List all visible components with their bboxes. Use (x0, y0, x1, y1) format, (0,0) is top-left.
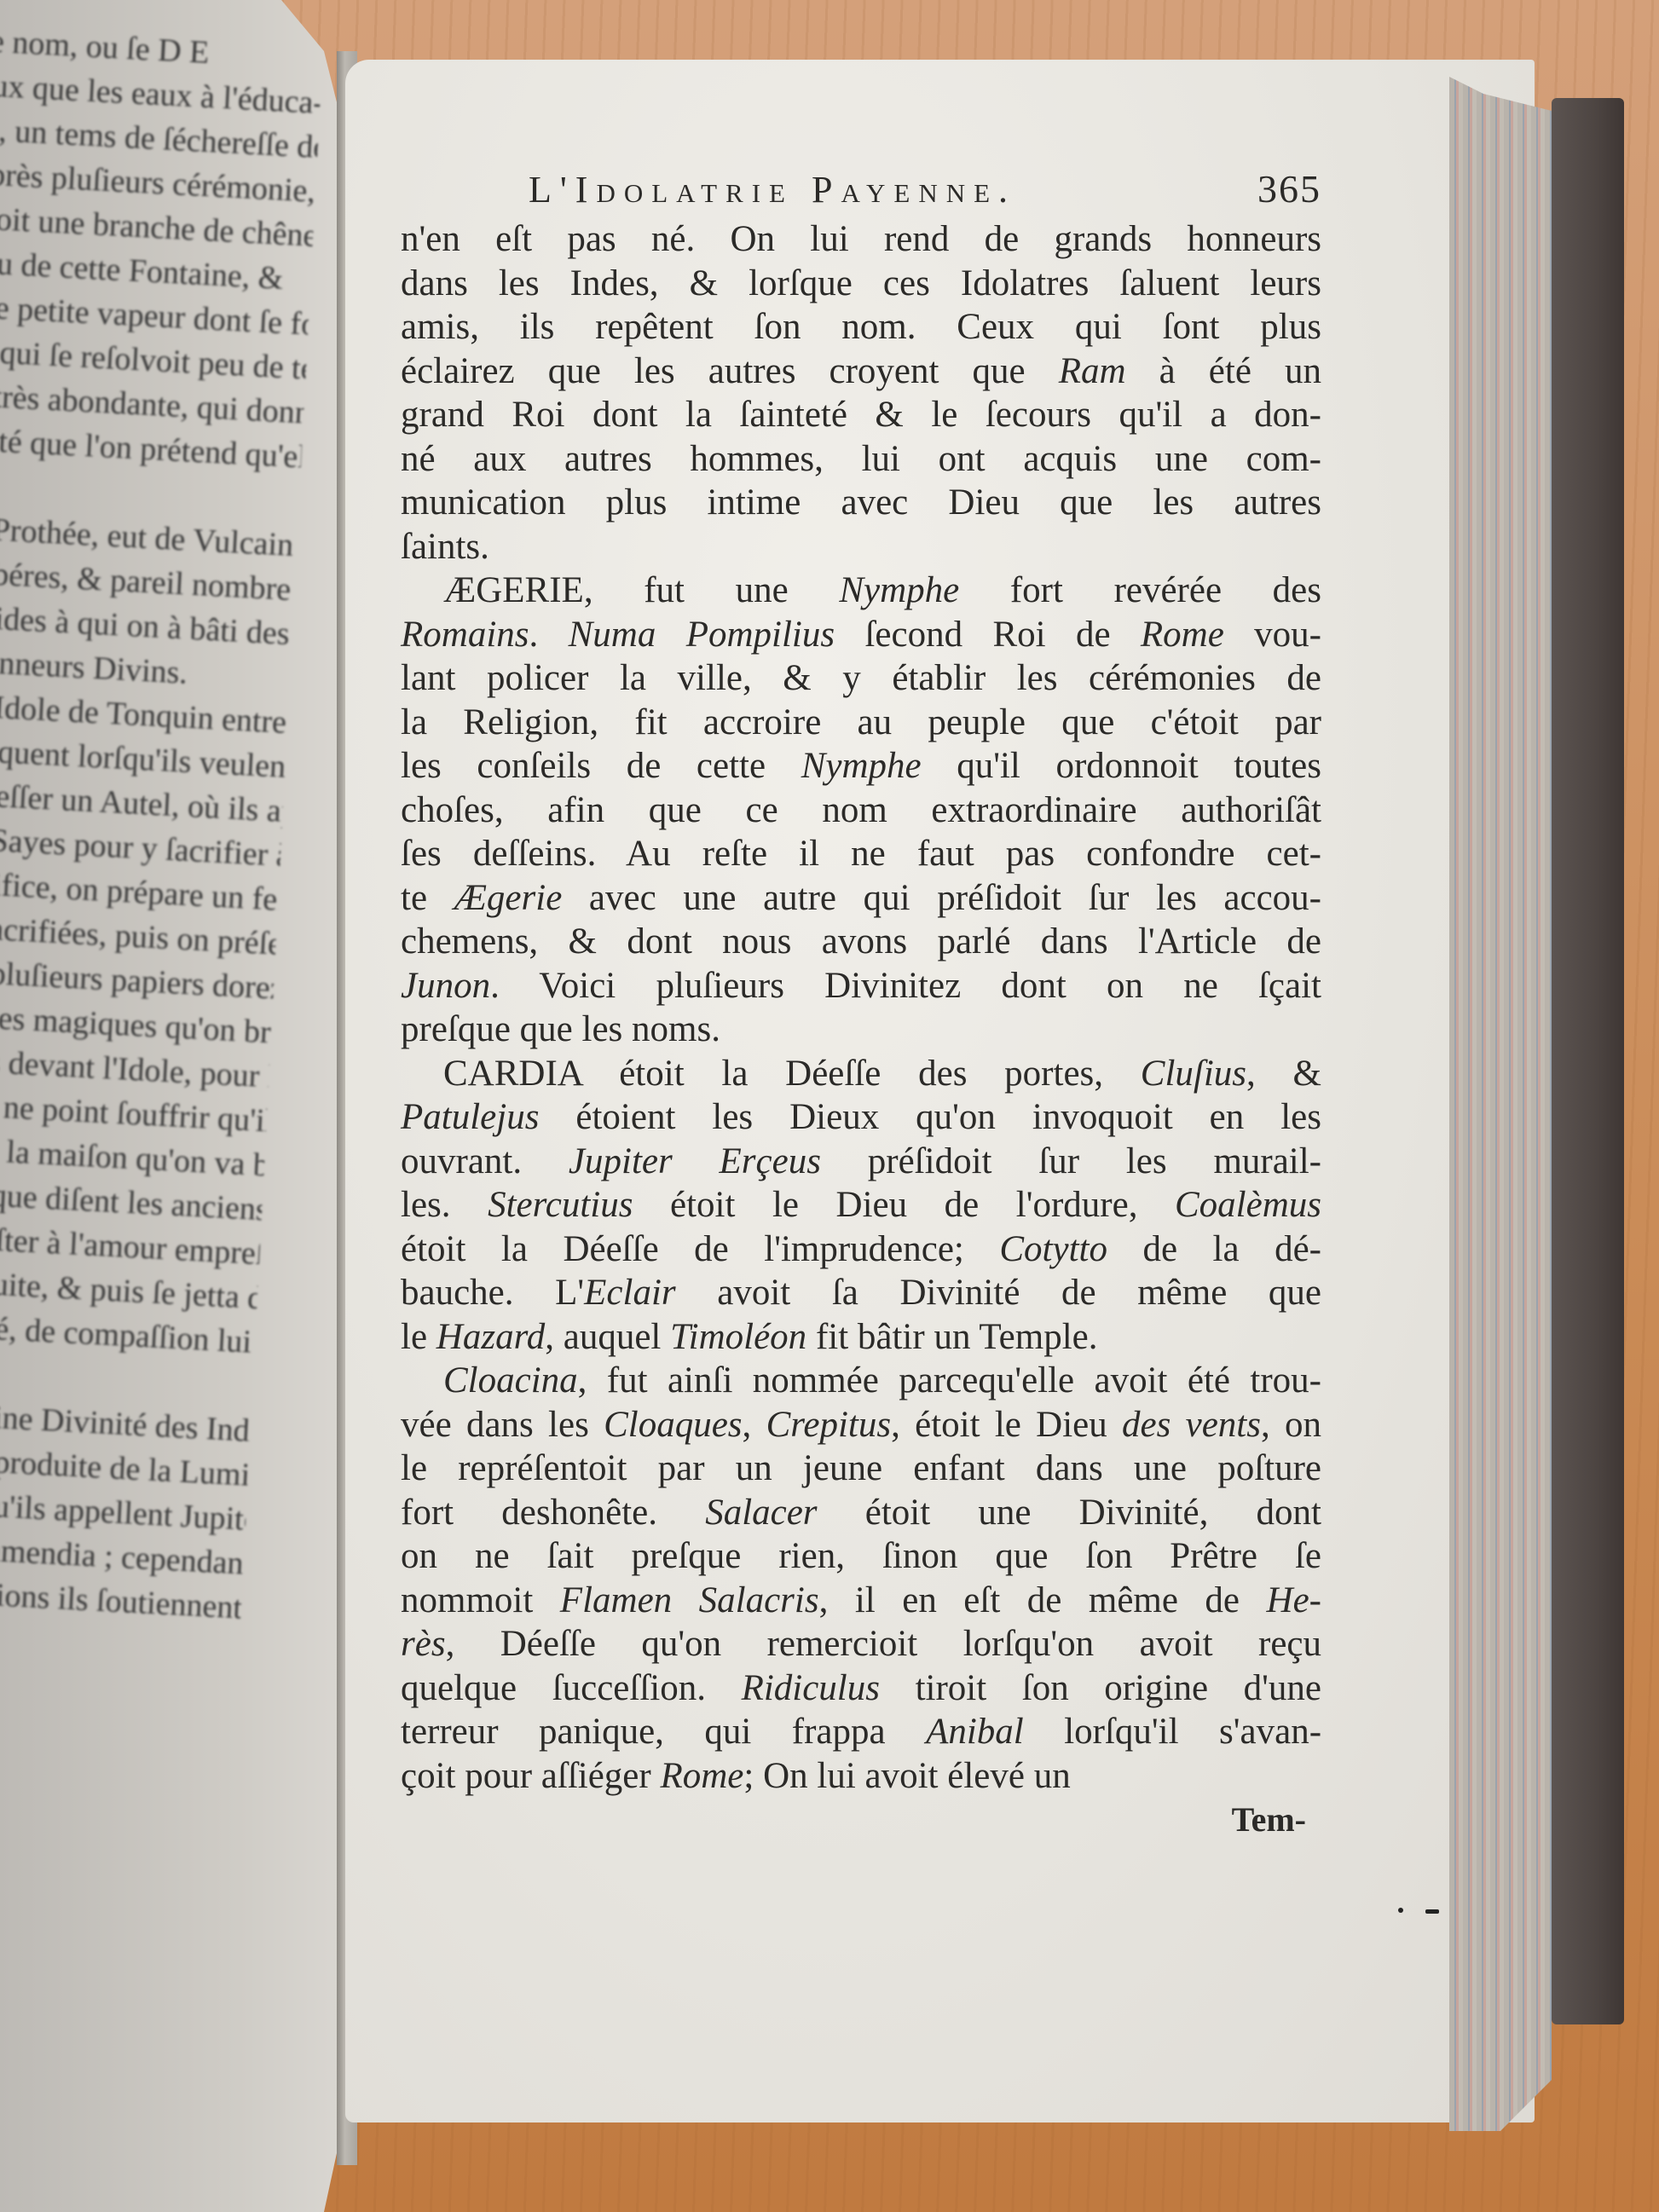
text-line: les. Stercutius étoit le Dieu de l'ordur… (401, 1183, 1321, 1227)
text-line: chemens, & dont nous avons parlé dans l'… (401, 920, 1321, 964)
text-line: le repréſentoit par un jeune enfant dans… (401, 1447, 1321, 1491)
text-line: amis, ils repêtent ſon nom. Ceux qui ſon… (401, 305, 1321, 349)
text-line: choſes, afin que ce nom extraordinaire a… (401, 788, 1321, 833)
running-head: L'Idolatrie Payenne. 365 (529, 166, 1321, 217)
text-line: ÆGERIE, fut une Nymphe fort revérée des (401, 569, 1321, 613)
text-line: ſes deſſeins. Au reſte il ne faut pas co… (401, 832, 1321, 876)
text-line: bauche. L'Eclair avoit ſa Divinité de mê… (401, 1271, 1321, 1315)
text-line: Romains. Numa Pompilius ſecond Roi de Ro… (401, 613, 1321, 657)
text-line: dans les Indes, & lorſque ces Idolatres … (401, 262, 1321, 306)
text-line: çoit pour aſſiéger Rome; On lui avoit él… (401, 1754, 1321, 1799)
right-page-text-block: L'Idolatrie Payenne. 365 n'en eſt pas né… (401, 166, 1321, 1839)
text-line: lant policer la ville, & y établir les c… (401, 656, 1321, 701)
text-line: quelque ſucceſſion. Ridiculus tiroit ſon… (401, 1666, 1321, 1711)
page-number: 365 (1257, 166, 1321, 211)
paragraph-cardia: CARDIA étoit la Déeſſe des portes, Cluſi… (401, 1052, 1321, 1360)
ink-speck (1425, 1909, 1439, 1914)
text-line: rès, Déeſſe qu'on remercioit lorſqu'on a… (401, 1622, 1321, 1666)
text-line: vée dans les Cloaques, Crepitus, étoit l… (401, 1403, 1321, 1447)
ink-speck (1398, 1908, 1403, 1913)
text-line: on ne ſait preſque rien, ſinon que ſon P… (401, 1534, 1321, 1579)
text-line: n'en eſt pas né. On lui rend de grands h… (401, 217, 1321, 262)
left-page: ut le nom, ou ſe D EDieux que les eaux à… (0, 0, 341, 2212)
text-line: Junon. Voici pluſieurs Divinitez dont on… (401, 964, 1321, 1008)
text-line: fort deshonête. Salacer étoit une Divini… (401, 1491, 1321, 1535)
text-line: ouvrant. Jupiter Erçeus préſidoit ſur le… (401, 1140, 1321, 1184)
text-line: Patulejus étoient les Dieux qu'on invoqu… (401, 1095, 1321, 1140)
paragraph-aegerie: ÆGERIE, fut une Nymphe fort revérée desR… (401, 569, 1321, 1052)
text-line: ſaints. (401, 525, 1321, 569)
catchword: Tem- (401, 1799, 1321, 1839)
text-line: nommoit Flamen Salacris, il en eſt de mê… (401, 1579, 1321, 1623)
book-cover (1552, 98, 1624, 2024)
text-line: terreur panique, qui frappa Anibal lorſq… (401, 1710, 1321, 1754)
text-line: le Hazard, auquel Timoléon fit bâtir un … (401, 1315, 1321, 1360)
text-line: te Ægerie avec une autre qui préſidoit ſ… (401, 876, 1321, 921)
text-line: éclairez que les autres croyent que Ram … (401, 349, 1321, 394)
paragraphs: n'en eſt pas né. On lui rend de grands h… (401, 217, 1321, 1798)
page-edges-sprinkled (1449, 77, 1552, 2131)
left-page-text: ut le nom, ou ſe D EDieux que les eaux à… (0, 17, 323, 1630)
text-line: les conſeils de cette Nymphe qu'il ordon… (401, 744, 1321, 788)
text-line: CARDIA étoit la Déeſſe des portes, Cluſi… (401, 1052, 1321, 1096)
text-line: la Religion, fit accroire au peuple que … (401, 701, 1321, 745)
paragraph-cloacina: Cloacina, fut ainſi nommée parcequ'elle … (401, 1359, 1321, 1798)
text-line: munication plus intime avec Dieu que les… (401, 481, 1321, 525)
running-head-title: L'Idolatrie Payenne. (529, 168, 1016, 211)
paragraph-ram-continued: n'en eſt pas né. On lui rend de grands h… (401, 217, 1321, 569)
text-line: étoit la Déeſſe de l'imprudence; Cotytto… (401, 1227, 1321, 1272)
text-line: grand Roi dont la ſainteté & le ſecours … (401, 393, 1321, 437)
text-line: né aux autres hommes, lui ont acquis une… (401, 437, 1321, 482)
text-line: preſque que les noms. (401, 1008, 1321, 1052)
text-line: Cloacina, fut ainſi nommée parcequ'elle … (401, 1359, 1321, 1403)
